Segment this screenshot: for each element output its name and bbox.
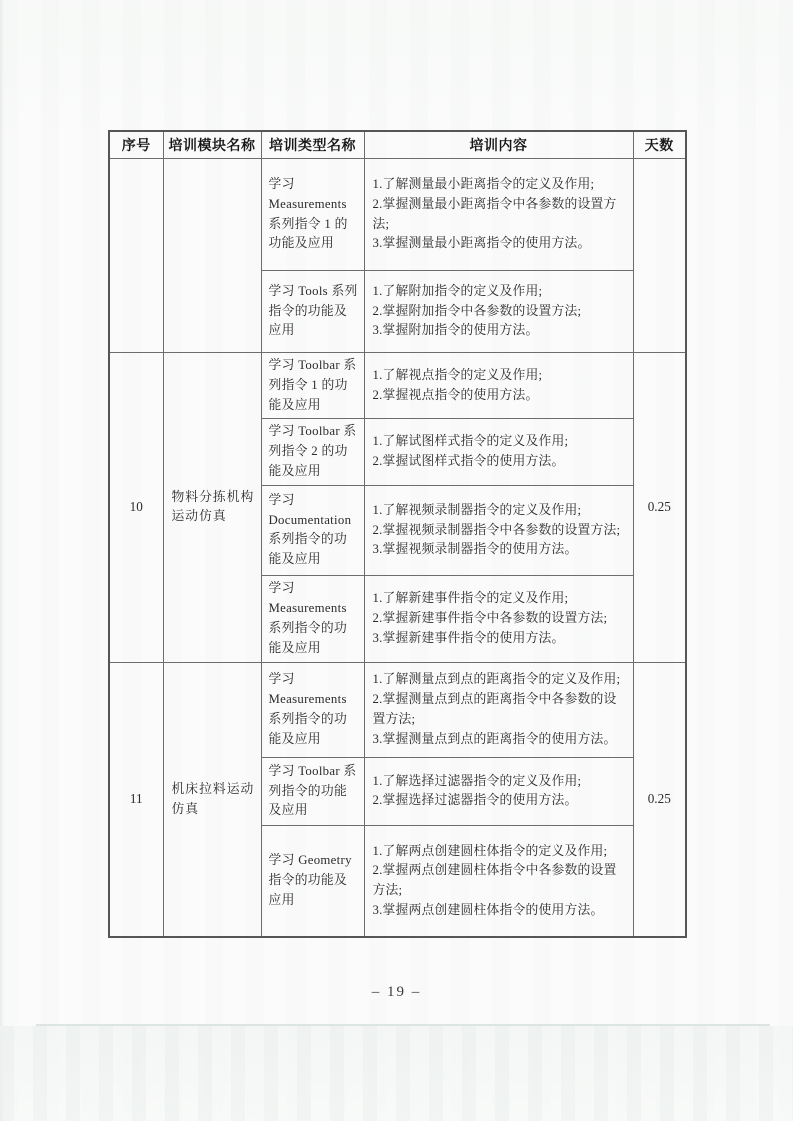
scan-left-edge bbox=[0, 0, 4, 1121]
header-cell-type: 培训类型名称 bbox=[261, 131, 364, 159]
header-cell-module: 培训模块名称 bbox=[163, 131, 261, 159]
header-cell-content: 培训内容 bbox=[364, 131, 633, 159]
days-cell-11: 0.25 bbox=[633, 662, 686, 937]
header-cell-days: 天数 bbox=[633, 131, 686, 159]
content-cell: 1.了解新建事件指令的定义及作用; 2.掌握新建事件指令中各参数的设置方法; 3… bbox=[364, 575, 633, 662]
type-cell: 学习 Toolbar 系 列指令 1 的功 能及应用 bbox=[261, 353, 364, 419]
seq-cell-10: 10 bbox=[109, 353, 163, 663]
scan-bottom-streaks bbox=[0, 1026, 793, 1121]
seq-cell-11: 11 bbox=[109, 662, 163, 937]
type-cell: 学习 Toolbar 系 列指令 2 的功 能及应用 bbox=[261, 419, 364, 485]
content-cell: 1.了解测量点到点的距离指令的定义及作用; 2.掌握测量点到点的距离指令中各参数… bbox=[364, 662, 633, 757]
content-cell: 1.了解两点创建圆柱体指令的定义及作用; 2.掌握两点创建圆柱体指令中各参数的设… bbox=[364, 825, 633, 937]
header-cell-seq: 序号 bbox=[109, 131, 163, 159]
content-cell: 1.了解测量最小距离指令的定义及作用; 2.掌握测量最小距离指令中各参数的设置方… bbox=[364, 159, 633, 271]
training-schedule-table: 序号 培训模块名称 培训类型名称 培训内容 天数 学习 Measurements… bbox=[108, 130, 687, 938]
type-cell: 学习 Toolbar 系 列指令的功能 及应用 bbox=[261, 757, 364, 825]
page-number: – 19 – bbox=[0, 984, 793, 1001]
type-cell: 学习 Tools 系列 指令的功能及 应用 bbox=[261, 271, 364, 353]
type-cell: 学习 Measurements 系列指令 1 的 功能及应用 bbox=[261, 159, 364, 271]
type-cell: 学习 Geometry 指令的功能及 应用 bbox=[261, 825, 364, 937]
content-cell: 1.了解选择过滤器指令的定义及作用; 2.掌握选择过滤器指令的使用方法。 bbox=[364, 757, 633, 825]
table-row: 10 物料分拣机构 运动仿真 学习 Toolbar 系 列指令 1 的功 能及应… bbox=[109, 353, 686, 419]
type-cell: 学习 Measurements 系列指令的功 能及应用 bbox=[261, 662, 364, 757]
days-cell bbox=[633, 159, 686, 353]
content-cell: 1.了解附加指令的定义及作用; 2.掌握附加指令中各参数的设置方法; 3.掌握附… bbox=[364, 271, 633, 353]
type-cell: 学习 Measurements 系列指令的功 能及应用 bbox=[261, 575, 364, 662]
header-row: 序号 培训模块名称 培训类型名称 培训内容 天数 bbox=[109, 131, 686, 159]
seq-cell bbox=[109, 159, 163, 353]
module-cell-11: 机床拉料运动 仿真 bbox=[163, 662, 261, 937]
content-cell: 1.了解视点指令的定义及作用; 2.掌握视点指令的使用方法。 bbox=[364, 353, 633, 419]
module-cell-10: 物料分拣机构 运动仿真 bbox=[163, 353, 261, 663]
content-cell: 1.了解试图样式指令的定义及作用; 2.掌握试图样式指令的使用方法。 bbox=[364, 419, 633, 485]
days-cell-10: 0.25 bbox=[633, 353, 686, 663]
type-cell: 学习 Documentation 系列指令的功 能及应用 bbox=[261, 485, 364, 575]
table-row: 11 机床拉料运动 仿真 学习 Measurements 系列指令的功 能及应用… bbox=[109, 662, 686, 757]
module-cell bbox=[163, 159, 261, 353]
table-row: 学习 Measurements 系列指令 1 的 功能及应用 1.了解测量最小距… bbox=[109, 159, 686, 271]
content-cell: 1.了解视频录制器指令的定义及作用; 2.掌握视频录制器指令中各参数的设置方法;… bbox=[364, 485, 633, 575]
